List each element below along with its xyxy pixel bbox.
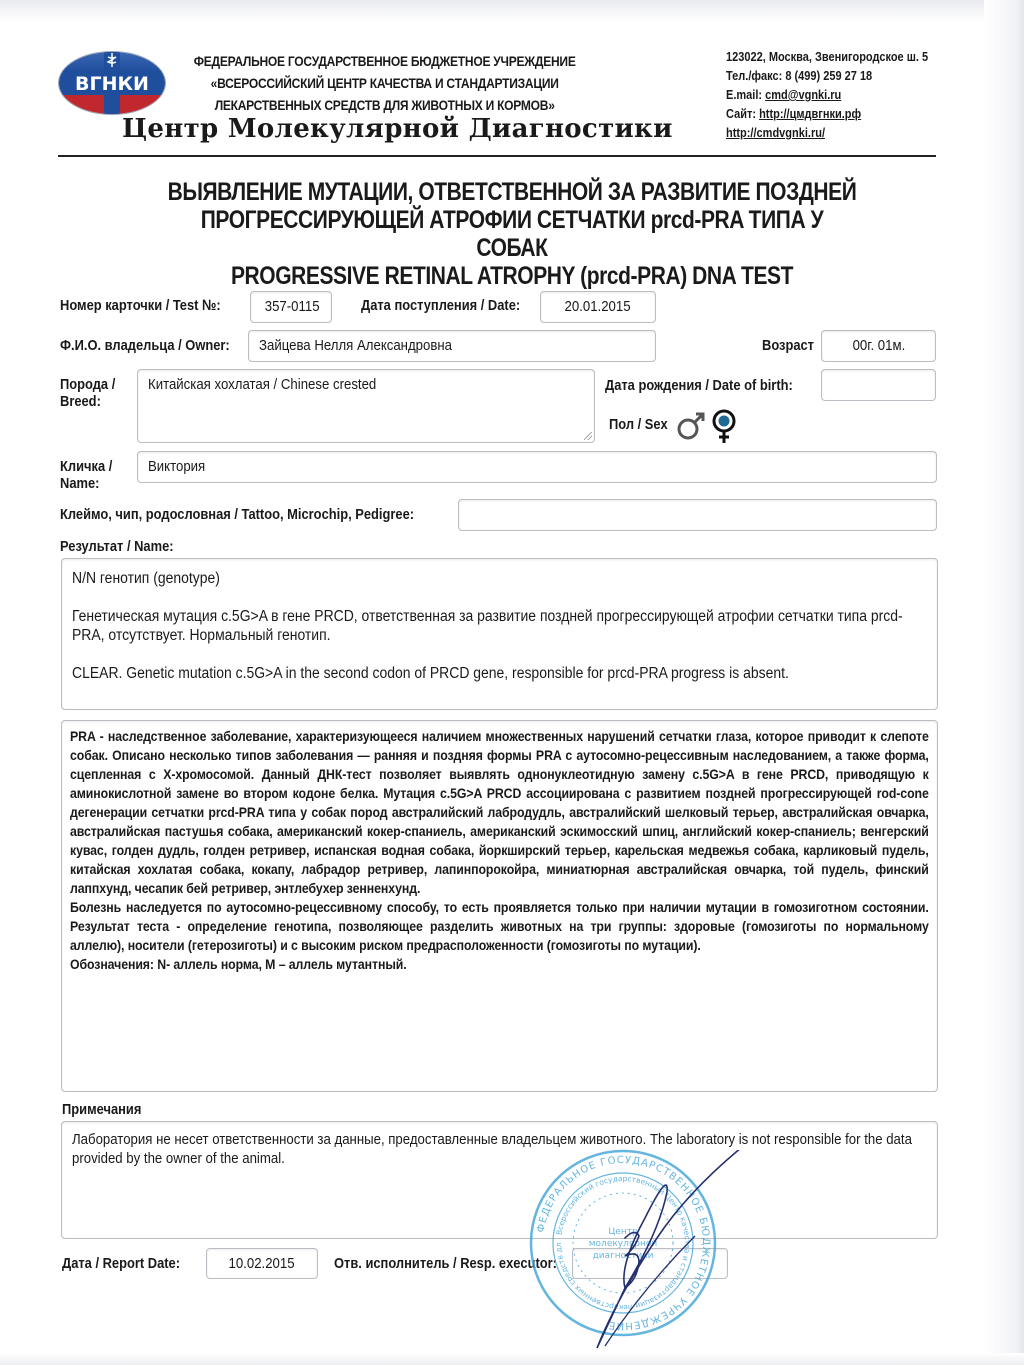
title-line-2: ПРОГРЕССИРУЮЩЕЙ АТРОФИИ СЕТЧАТКИ prcd-PR… bbox=[166, 206, 858, 262]
breed-field[interactable]: Китайская хохлатая / Chinese crested bbox=[137, 369, 595, 443]
document-title: ВЫЯВЛЕНИЕ МУТАЦИИ, ОТВЕТСТВЕННОЙ ЗА РАЗВ… bbox=[100, 178, 924, 290]
result-description-ru: Генетическая мутация c.5G>A в гене PRCD,… bbox=[72, 607, 926, 645]
result-field[interactable]: N/N генотип (genotype) Генетическая мута… bbox=[61, 558, 938, 710]
title-line-3: PROGRESSIVE RETINAL ATROPHY (prcd-PRA) D… bbox=[166, 262, 858, 290]
info-paragraph-3: Обозначения: N- аллель норма, M – аллель… bbox=[70, 955, 929, 974]
sex-label: Пол / Sex bbox=[609, 416, 668, 433]
notes-field[interactable]: Лаборатория не несет ответственности за … bbox=[61, 1121, 938, 1239]
contact-address: 123022, Москва, Звенигородское ш. 5 bbox=[726, 48, 928, 67]
report-date-field[interactable]: 10.02.2015 bbox=[206, 1248, 318, 1279]
age-field[interactable]: 00г. 01м. bbox=[821, 330, 936, 362]
result-genotype: N/N генотип (genotype) bbox=[72, 569, 926, 588]
site-label: Сайт: bbox=[726, 107, 759, 121]
contact-phone: Тел./факс: 8 (499) 259 27 18 bbox=[726, 67, 928, 86]
male-icon[interactable] bbox=[676, 411, 706, 441]
disease-info-field[interactable]: PRA - наследственное заболевание, характ… bbox=[61, 720, 938, 1092]
result-label: Результат / Name: bbox=[60, 538, 174, 555]
scan-edge-bottom bbox=[0, 1353, 1024, 1365]
org-line-1: ФЕДЕРАЛЬНОЕ ГОСУДАРСТВЕННОЕ БЮДЖЕТНОЕ УЧ… bbox=[180, 50, 589, 72]
svg-text:ВГНКИ: ВГНКИ bbox=[75, 73, 149, 95]
site-link-rf[interactable]: http://цмдвгнки.рф bbox=[759, 107, 861, 121]
site-link-ru[interactable]: http://cmdvgnki.ru/ bbox=[726, 126, 825, 140]
owner-field[interactable]: Зайцева Нелля Александровна bbox=[248, 330, 656, 362]
test-no-label: Номер карточки / Test №: bbox=[60, 297, 221, 314]
date-received-label: Дата поступления / Date: bbox=[361, 297, 520, 314]
notes-label: Примечания bbox=[62, 1101, 141, 1118]
pet-name-field[interactable]: Виктория bbox=[137, 451, 937, 483]
owner-label: Ф.И.О. владельца / Owner: bbox=[60, 337, 230, 354]
sex-selector bbox=[676, 408, 738, 444]
resize-grip-icon[interactable] bbox=[584, 432, 592, 440]
report-date-label: Дата / Report Date: bbox=[62, 1255, 180, 1272]
dob-label: Дата рождения / Date of birth: bbox=[605, 377, 793, 394]
info-paragraph-1: PRA - наследственное заболевание, характ… bbox=[70, 727, 929, 898]
pedigree-label: Клеймо, чип, родословная / Tattoo, Micro… bbox=[60, 506, 414, 523]
contacts-block: 123022, Москва, Звенигородское ш. 5 Тел.… bbox=[726, 48, 928, 143]
dob-field[interactable] bbox=[821, 369, 936, 401]
email-link[interactable]: cmd@vgnki.ru bbox=[765, 88, 841, 102]
female-icon-selected[interactable] bbox=[710, 408, 738, 444]
age-label: Возраст bbox=[762, 337, 814, 354]
center-name: Центр Молекулярной Диагностики bbox=[122, 114, 673, 144]
pet-name-label: Кличка /Name: bbox=[60, 458, 112, 492]
date-received-field[interactable]: 20.01.2015 bbox=[540, 291, 656, 323]
executor-label: Отв. исполнитель / Resp. executor: bbox=[334, 1255, 557, 1272]
title-line-1: ВЫЯВЛЕНИЕ МУТАЦИИ, ОТВЕТСТВЕННОЙ ЗА РАЗВ… bbox=[166, 178, 858, 206]
scan-edge-right bbox=[984, 0, 1024, 1365]
result-description-en: CLEAR. Genetic mutation c.5G>A in the se… bbox=[72, 664, 926, 683]
info-paragraph-2: Болезнь наследуется по аутосомно-рецесси… bbox=[70, 898, 929, 955]
org-line-3: ЛЕКАРСТВЕННЫХ СРЕДСТВ ДЛЯ ЖИВОТНЫХ И КОР… bbox=[180, 94, 589, 116]
test-no-field[interactable]: 357-0115 bbox=[250, 291, 332, 323]
organization-name: ФЕДЕРАЛЬНОЕ ГОСУДАРСТВЕННОЕ БЮДЖЕТНОЕ УЧ… bbox=[180, 50, 589, 116]
org-line-2: «ВСЕРОССИЙСКИЙ ЦЕНТР КАЧЕСТВА И СТАНДАРТ… bbox=[180, 72, 589, 94]
header-divider bbox=[58, 155, 936, 157]
email-label: E.mail: bbox=[726, 88, 765, 102]
breed-label: Порода /Breed: bbox=[60, 376, 115, 410]
scan-edge-top bbox=[0, 0, 1024, 22]
vgnki-logo: ВГНКИ bbox=[57, 50, 167, 116]
executor-field[interactable] bbox=[572, 1248, 728, 1279]
pedigree-field[interactable] bbox=[458, 499, 937, 531]
